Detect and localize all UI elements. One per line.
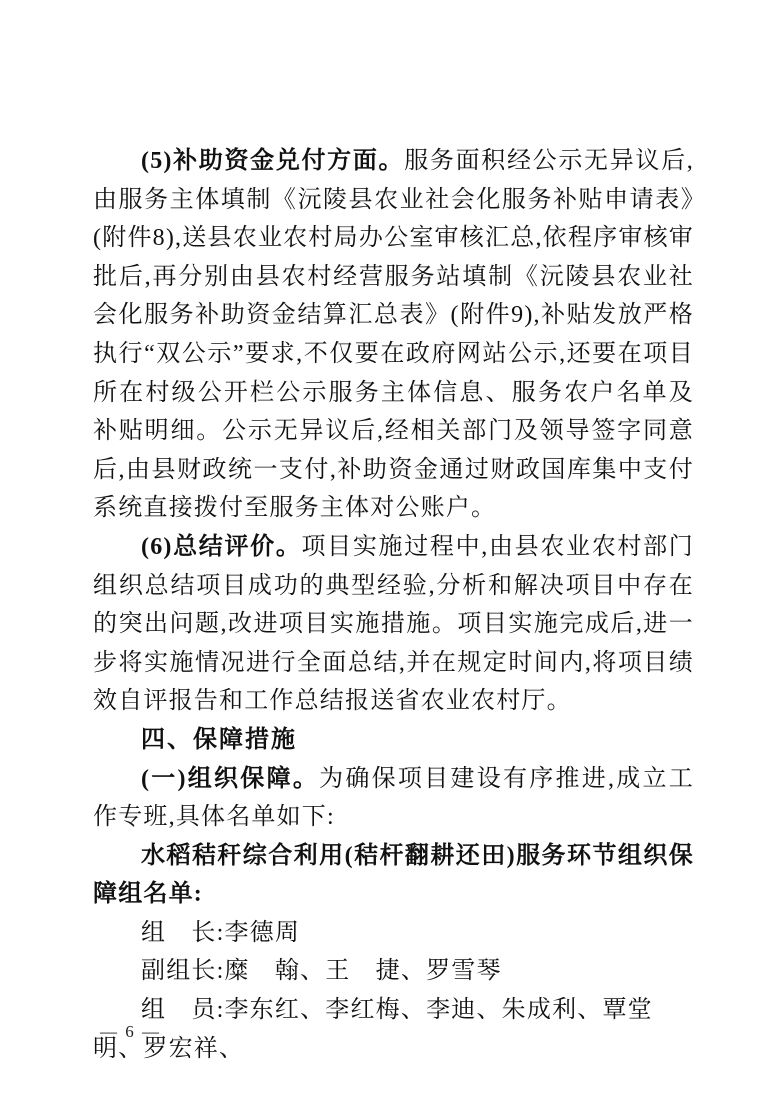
page-number: — 6 — [100,1022,161,1042]
paragraph-summary-evaluation-text: 项目实施过程中,由县农业农村部门组织总结项目成功的典型经验,分析和解决项目中存在… [93,534,694,714]
roster-members-line: 组 员:李东红、李红梅、李迪、朱成利、覃堂明、罗宏祥、 [93,991,694,1068]
section-heading-safeguards: 四、保障措施 [93,721,694,760]
roster-deputy-names: 糜 翰、王 捷、罗雪琴 [224,958,501,984]
document-page: (5)补助资金兑付方面。服务面积经公示无异议后,由服务主体填制《沅陵县农业社会化… [0,0,782,1104]
roster-leader-label: 组 长: [141,920,224,946]
roster-deputy-line: 副组长:糜 翰、王 捷、罗雪琴 [93,952,694,991]
paragraph-organization-safeguard: (一)组织保障。为确保项目建设有序推进,成立工作专班,具体名单如下: [93,760,694,837]
paragraph-subsidy-payment-lead: (5)补助资金兑付方面。 [141,148,404,174]
paragraph-summary-evaluation-lead: (6)总结评价。 [141,534,302,560]
paragraph-organization-safeguard-lead: (一)组织保障。 [141,766,319,792]
paragraph-subsidy-payment: (5)补助资金兑付方面。服务面积经公示无异议后,由服务主体填制《沅陵县农业社会化… [93,142,694,528]
roster-leader-line: 组 长:李德周 [93,914,694,953]
roster-leader-names: 李德周 [224,920,300,946]
roster-deputy-label: 副组长: [141,958,224,984]
roster-title: 水稻秸秆综合利用(秸杆翻耕还田)服务环节组织保障组名单: [93,837,694,914]
roster-members-label: 组 员: [141,997,224,1023]
document-body: (5)补助资金兑付方面。服务面积经公示无异议后,由服务主体填制《沅陵县农业社会化… [93,142,694,1068]
paragraph-subsidy-payment-text: 服务面积经公示无异议后,由服务主体填制《沅陵县农业社会化服务补贴申请表》(附件8… [93,148,694,521]
paragraph-summary-evaluation: (6)总结评价。项目实施过程中,由县农业农村部门组织总结项目成功的典型经验,分析… [93,528,694,721]
